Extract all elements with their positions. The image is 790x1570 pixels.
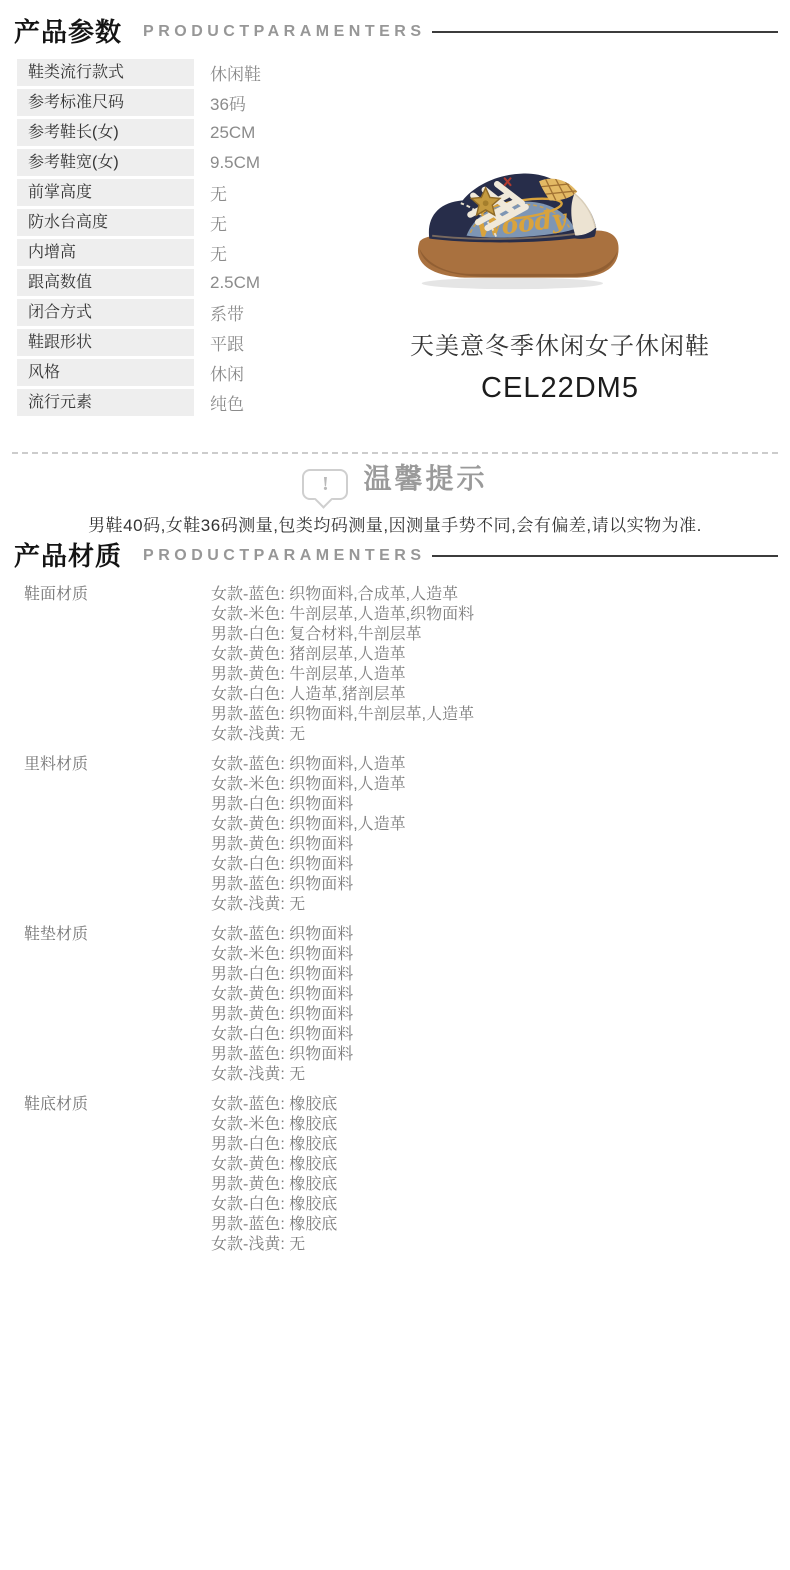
materials-header-rule [432,555,779,557]
material-line: 男款-黄色: 橡胶底 [211,1175,337,1195]
material-line: 女款-白色: 织物面料 [211,855,406,875]
material-line: 女款-白色: 人造革,猪剖层革 [211,685,474,705]
material-line: 女款-蓝色: 橡胶底 [211,1095,337,1115]
param-label: 跟高数值 [17,269,194,296]
tips-header: ! 温馨提示 [0,457,790,500]
material-line: 女款-浅黄: 无 [211,1065,353,1085]
material-line: 女款-浅黄: 无 [211,895,406,915]
material-line: 女款-米色: 织物面料,人造革 [211,775,406,795]
param-label: 鞋类流行款式 [17,59,194,86]
product-column: Woody 天美意冬季休闲女子休闲鞋 [385,144,735,405]
material-line: 女款-黄色: 织物面料 [211,985,353,1005]
material-line: 男款-黄色: 织物面料 [211,835,406,855]
params-section-header: 产品参数 PRODUCTPARAMENTERS [14,12,778,49]
param-label: 风格 [17,359,194,386]
param-table: 鞋类流行款式 休闲鞋 参考标准尺码 36码 参考鞋长(女) 25CM 参考鞋宽(… [17,59,387,419]
material-line: 男款-蓝色: 织物面料 [211,875,406,895]
tips-note: 男鞋40码,女鞋36码测量,包类均码测量,因测量手势不同,会有偏差,请以实物为准… [0,511,790,536]
materials-section-subtitle: PRODUCTPARAMENTERS [143,547,425,565]
material-label: 鞋面材质 [24,585,211,605]
param-value: 纯色 [210,390,244,415]
param-row: 前掌高度 无 [17,179,387,206]
tips-title: 温馨提示 [363,457,487,497]
param-value: 无 [210,180,227,205]
material-line: 男款-黄色: 织物面料 [211,1005,353,1025]
param-row: 流行元素 纯色 [17,389,387,416]
material-line: 女款-黄色: 织物面料,人造革 [211,815,406,835]
material-lines: 女款-蓝色: 橡胶底女款-米色: 橡胶底男款-白色: 橡胶底女款-黄色: 橡胶底… [211,1095,337,1255]
material-line: 女款-白色: 橡胶底 [211,1195,337,1215]
shoe-heel-tab [571,194,595,236]
product-name: 天美意冬季休闲女子休闲鞋 [385,326,735,361]
param-row: 参考鞋宽(女) 9.5CM [17,149,387,176]
params-section-title: 产品参数 [14,12,122,49]
param-row: 防水台高度 无 [17,209,387,236]
material-group: 鞋垫材质 女款-蓝色: 织物面料女款-米色: 织物面料男款-白色: 织物面料女款… [24,925,764,1085]
param-label: 内增高 [17,239,194,266]
param-value: 25CM [210,123,255,143]
materials-section-header: 产品材质 PRODUCTPARAMENTERS [14,536,778,573]
param-value: 无 [210,240,227,265]
material-line: 女款-米色: 牛剖层革,人造革,织物面料 [211,605,474,625]
materials-section-title: 产品材质 [14,536,122,573]
shoe-star-center [483,200,489,206]
material-line: 男款-蓝色: 织物面料,牛剖层革,人造革 [211,705,474,725]
material-line: 男款-蓝色: 橡胶底 [211,1215,337,1235]
material-line: 女款-蓝色: 织物面料,人造革 [211,755,406,775]
material-line: 女款-米色: 橡胶底 [211,1115,337,1135]
material-label: 鞋垫材质 [24,925,211,945]
param-value: 2.5CM [210,273,260,293]
param-value: 36码 [210,90,246,115]
tips-block: ! 温馨提示 男鞋40码,女鞋36码测量,包类均码测量,因测量手势不同,会有偏差… [0,457,790,536]
material-line: 女款-蓝色: 织物面料,合成革,人造革 [211,585,474,605]
param-row: 参考标准尺码 36码 [17,89,387,116]
material-line: 女款-黄色: 猪剖层革,人造革 [211,645,474,665]
material-lines: 女款-蓝色: 织物面料女款-米色: 织物面料男款-白色: 织物面料女款-黄色: … [211,925,353,1085]
param-label: 参考鞋宽(女) [17,149,194,176]
shoe-shadow [422,278,603,289]
param-row: 参考鞋长(女) 25CM [17,119,387,146]
product-model: CEL22DM5 [385,372,735,405]
param-label: 鞋跟形状 [17,329,194,356]
material-line: 女款-黄色: 橡胶底 [211,1155,337,1175]
param-label: 防水台高度 [17,209,194,236]
param-label: 参考鞋长(女) [17,119,194,146]
material-line: 女款-浅黄: 无 [211,1235,337,1255]
material-line: 男款-白色: 橡胶底 [211,1135,337,1155]
material-label: 里料材质 [24,755,211,775]
param-row: 鞋类流行款式 休闲鞋 [17,59,387,86]
param-row: 风格 休闲 [17,359,387,386]
material-line: 女款-蓝色: 织物面料 [211,925,353,945]
material-group: 鞋底材质 女款-蓝色: 橡胶底女款-米色: 橡胶底男款-白色: 橡胶底女款-黄色… [24,1095,764,1255]
exclamation-bubble-icon: ! [302,469,348,500]
param-value: 休闲 [210,360,244,385]
dashed-divider [12,452,778,454]
param-row: 内增高 无 [17,239,387,266]
param-value: 平跟 [210,330,244,355]
material-line: 男款-白色: 织物面料 [211,795,406,815]
param-row: 闭合方式 系带 [17,299,387,326]
material-label: 鞋底材质 [24,1095,211,1115]
material-line: 女款-白色: 织物面料 [211,1025,353,1045]
param-value: 无 [210,210,227,235]
material-line: 女款-浅黄: 无 [211,725,474,745]
product-detail-page: 产品参数 PRODUCTPARAMENTERS 鞋类流行款式 休闲鞋 参考标准尺… [0,0,790,1570]
param-label: 参考标准尺码 [17,89,194,116]
params-section-subtitle: PRODUCTPARAMENTERS [143,23,425,41]
param-row: 鞋跟形状 平跟 [17,329,387,356]
material-line: 男款-白色: 复合材料,牛剖层革 [211,625,474,645]
param-label: 流行元素 [17,389,194,416]
param-value: 系带 [210,300,244,325]
params-header-rule [432,31,779,33]
material-line: 男款-蓝色: 织物面料 [211,1045,353,1065]
material-lines: 女款-蓝色: 织物面料,合成革,人造革女款-米色: 牛剖层革,人造革,织物面料男… [211,585,474,745]
material-group: 鞋面材质 女款-蓝色: 织物面料,合成革,人造革女款-米色: 牛剖层革,人造革,… [24,585,764,745]
param-label: 前掌高度 [17,179,194,206]
param-value: 9.5CM [210,153,260,173]
param-label: 闭合方式 [17,299,194,326]
materials-list: 鞋面材质 女款-蓝色: 织物面料,合成革,人造革女款-米色: 牛剖层革,人造革,… [24,585,764,1265]
material-line: 男款-黄色: 牛剖层革,人造革 [211,665,474,685]
material-group: 里料材质 女款-蓝色: 织物面料,人造革女款-米色: 织物面料,人造革男款-白色… [24,755,764,915]
material-lines: 女款-蓝色: 织物面料,人造革女款-米色: 织物面料,人造革男款-白色: 织物面… [211,755,406,915]
material-line: 女款-米色: 织物面料 [211,945,353,965]
material-line: 男款-白色: 织物面料 [211,965,353,985]
param-value: 休闲鞋 [210,60,261,85]
product-image: Woody [405,144,635,292]
param-row: 跟高数值 2.5CM [17,269,387,296]
